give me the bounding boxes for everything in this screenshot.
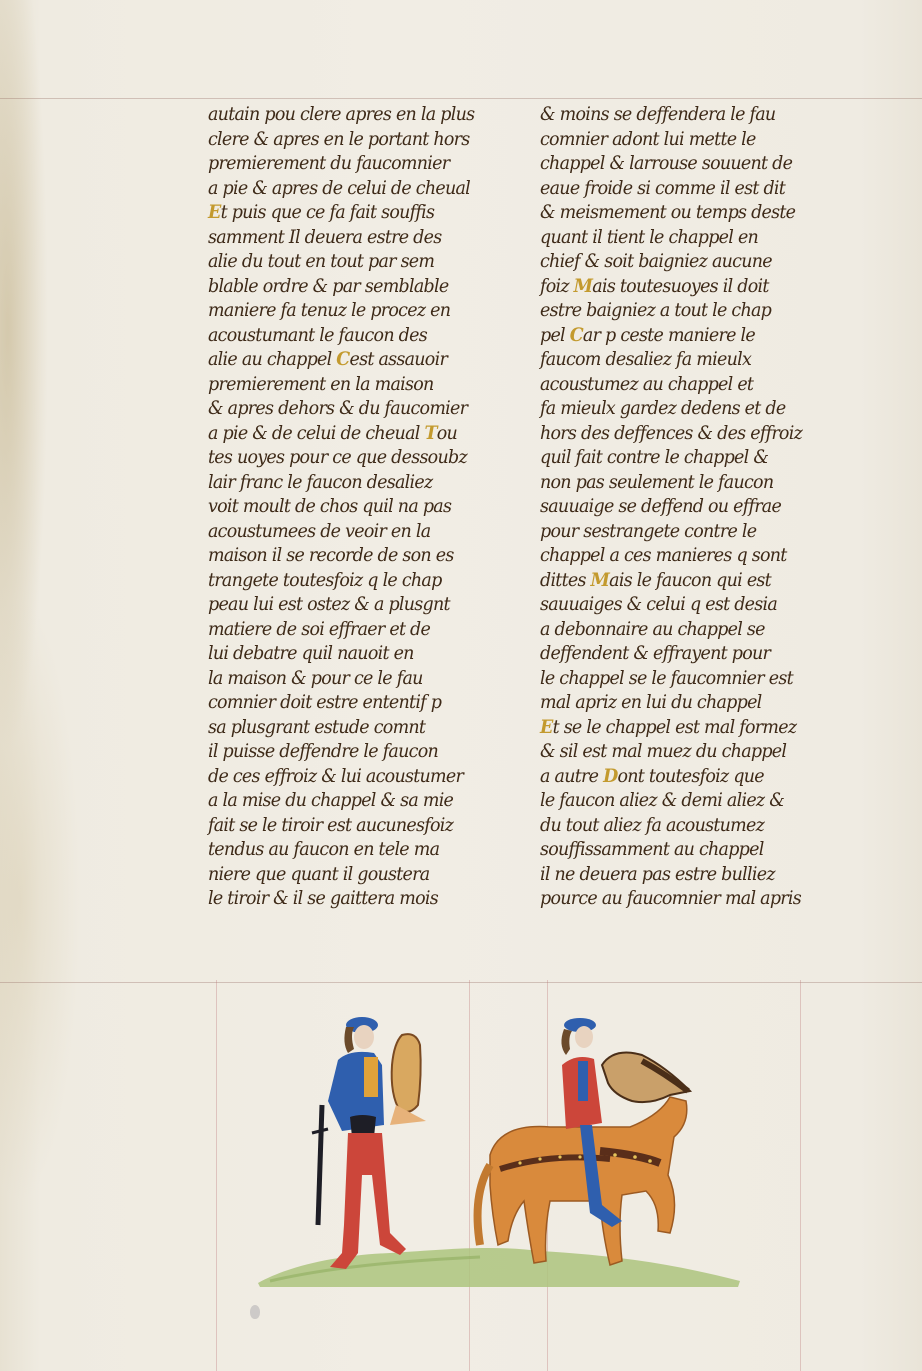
text-line: a debonnaire au chappel se <box>540 617 807 642</box>
text-line: mal apriz en lui du chappel <box>540 690 807 715</box>
text-line: souffissamment au chappel <box>540 837 807 862</box>
text-line: pour sestrangete contre le <box>540 519 807 544</box>
text-line: acoustumant le faucon des <box>208 323 475 348</box>
text-line: comnier doit estre ententif p <box>208 690 475 715</box>
text-line: quil fait contre le chappel & <box>540 445 807 470</box>
text-line: alie au chappel Cest assauoir <box>208 347 475 372</box>
text-line: foiz Mais toutesuoyes il doit <box>540 274 807 299</box>
text-line: pel Car p ceste maniere le <box>540 323 807 348</box>
text-line: quant il tient le chappel en <box>540 225 807 250</box>
gold-initial: M <box>574 275 593 297</box>
manuscript-folio: autain pou clere apres en la plusclere &… <box>0 0 922 1371</box>
text-line: samment Il deuera estre des <box>208 225 475 250</box>
gold-initial: T <box>424 422 436 444</box>
text-line: a autre Dont toutesfoiz que <box>540 764 807 789</box>
text-line: estre baigniez a tout le chap <box>540 298 807 323</box>
text-line: eaue froide si comme il est dit <box>540 176 807 201</box>
text-line: tes uoyes pour ce que dessoubz <box>208 445 475 470</box>
text-line: du tout aliez fa acoustumez <box>540 813 807 838</box>
top-ruling-line <box>0 98 922 99</box>
mounted-falconer <box>478 1018 690 1265</box>
text-line: Et se le chappel est mal formez <box>540 715 807 740</box>
text-line: lui debatre quil nauoit en <box>208 641 475 666</box>
text-line: chief & soit baigniez aucune <box>540 249 807 274</box>
text-column-right: & moins se deffendera le faucomnier adon… <box>540 102 830 911</box>
text-line: fa mieulx gardez dedens et de <box>540 396 807 421</box>
text-line: lair franc le faucon desaliez <box>208 470 475 495</box>
text-line: le faucon aliez & demi aliez & <box>540 788 807 813</box>
grass-ground <box>258 1248 740 1287</box>
text-line: matiere de soi effraer et de <box>208 617 475 642</box>
text-line: comnier adont lui mette le <box>540 127 807 152</box>
standing-falconer <box>312 1017 426 1269</box>
text-line: a pie & apres de celui de cheual <box>208 176 475 201</box>
text-line: acoustumees de veoir en la <box>208 519 475 544</box>
text-line: chappel a ces manieres q sont <box>540 543 807 568</box>
text-line: acoustumez au chappel et <box>540 372 807 397</box>
text-line: le chappel se le faucomnier est <box>540 666 807 691</box>
text-line: peau lui est ostez & a plusgnt <box>208 592 475 617</box>
text-line: voit moult de chos quil na pas <box>208 494 475 519</box>
text-line: fait se le tiroir est aucunesfoiz <box>208 813 475 838</box>
text-line: tendus au faucon en tele ma <box>208 837 475 862</box>
text-line: premierement en la maison <box>208 372 475 397</box>
text-line: la maison & pour ce le fau <box>208 666 475 691</box>
gold-initial: C <box>570 324 583 346</box>
text-line: dittes Mais le faucon qui est <box>540 568 807 593</box>
text-line: non pas seulement le faucon <box>540 470 807 495</box>
text-line: hors des deffences & des effroiz <box>540 421 807 446</box>
text-line: maison il se recorde de son es <box>208 543 475 568</box>
text-line: sa plusgrant estude comnt <box>208 715 475 740</box>
text-line: alie du tout en tout par sem <box>208 249 475 274</box>
right-margin-rule <box>800 980 801 1371</box>
text-line: & moins se deffendera le fau <box>540 102 807 127</box>
bottom-text-ruling-line <box>0 982 922 983</box>
ink-stain <box>250 1305 260 1319</box>
left-margin-rule <box>216 980 217 1371</box>
text-line: sauuaige se deffend ou effrae <box>540 494 807 519</box>
text-line: le tiroir & il se gaittera mois <box>208 886 475 911</box>
text-line: & meismement ou temps deste <box>540 200 807 225</box>
text-line: Et puis que ce fa fait souffis <box>208 200 475 225</box>
gold-initial: D <box>603 765 617 787</box>
text-line: il puisse deffendre le faucon <box>208 739 475 764</box>
text-line: a la mise du chappel & sa mie <box>208 788 475 813</box>
text-line: il ne deuera pas estre bulliez <box>540 862 807 887</box>
falcon-standing <box>392 1034 421 1112</box>
text-line: trangete toutesfoiz q le chap <box>208 568 475 593</box>
text-line: pource au faucomnier mal apris <box>540 886 807 911</box>
text-line: a pie & de celui de cheual Tou <box>208 421 475 446</box>
gold-initial: E <box>540 716 553 738</box>
text-line: chappel & larrouse souuent de <box>540 151 807 176</box>
text-line: de ces effroiz & lui acoustumer <box>208 764 475 789</box>
text-line: blable ordre & par semblable <box>208 274 475 299</box>
miniature-illustration <box>250 1005 750 1295</box>
text-line: & apres dehors & du faucomier <box>208 396 475 421</box>
gold-initial: C <box>336 348 349 370</box>
text-line: niere que quant il goustera <box>208 862 475 887</box>
text-line: sauuaiges & celui q est desia <box>540 592 807 617</box>
text-line: premierement du faucomnier <box>208 151 475 176</box>
text-line: maniere fa tenuz le procez en <box>208 298 475 323</box>
text-column-left: autain pou clere apres en la plusclere &… <box>208 102 498 911</box>
text-line: clere & apres en le portant hors <box>208 127 475 152</box>
text-line: deffendent & effrayent pour <box>540 641 807 666</box>
gold-initial: M <box>591 569 610 591</box>
text-line: faucom desaliez fa mieulx <box>540 347 807 372</box>
text-line: autain pou clere apres en la plus <box>208 102 475 127</box>
gold-initial: E <box>208 201 221 223</box>
text-line: & sil est mal muez du chappel <box>540 739 807 764</box>
